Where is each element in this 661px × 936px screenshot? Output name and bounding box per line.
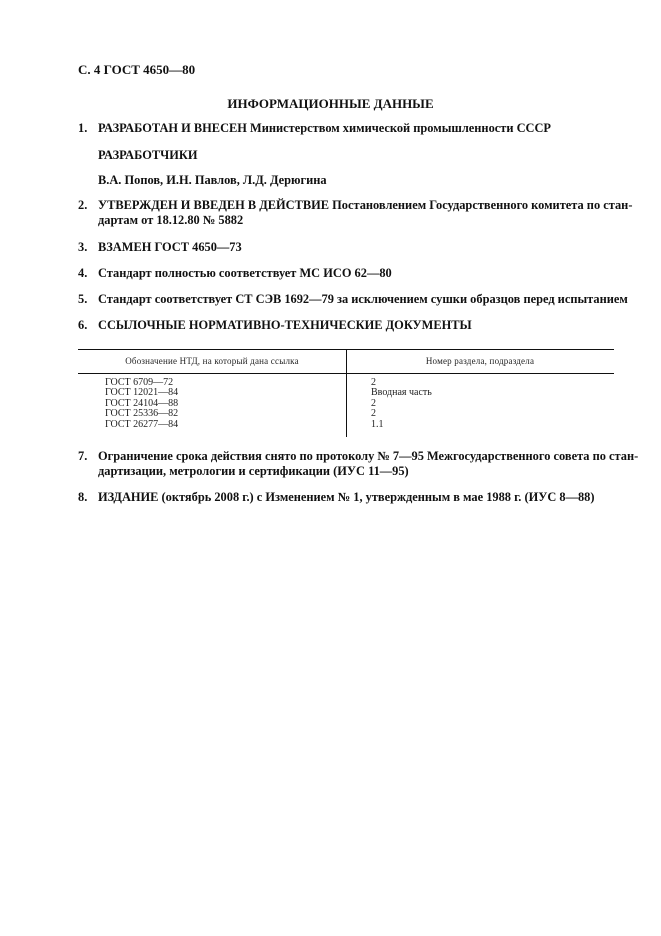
item-text-line1: Постановлением Государственного комитета… bbox=[332, 198, 632, 212]
page-header: С. 4 ГОСТ 4650—80 bbox=[78, 62, 195, 78]
table-cell: ГОСТ 26277—84 bbox=[105, 420, 178, 430]
item-lead: РАЗРАБОТАН И ВНЕСЕН bbox=[98, 121, 247, 135]
table-cell: 2 bbox=[371, 409, 432, 419]
table-cell: 2 bbox=[371, 399, 432, 409]
item-text: ИЗДАНИЕ (октябрь 2008 г.) с Изменением №… bbox=[98, 490, 595, 504]
item-3: 3.ВЗАМЕН ГОСТ 4650—73 bbox=[78, 240, 242, 255]
item-number: 6. bbox=[78, 318, 98, 333]
reference-table: Обозначение НТД, на который дана ссылка … bbox=[78, 349, 614, 437]
item-number: 1. bbox=[78, 121, 98, 136]
table-column-ntd: ГОСТ 6709—72 ГОСТ 12021—84 ГОСТ 24104—88… bbox=[105, 378, 178, 430]
item-2: 2.УТВЕРЖДЕН И ВВЕДЕН В ДЕЙСТВИЕ Постанов… bbox=[78, 198, 632, 228]
item-text: Министерством химической промышленности … bbox=[250, 121, 551, 135]
item-text-line1: Ограничение срока действия снято по прот… bbox=[98, 449, 638, 463]
item-number: 4. bbox=[78, 266, 98, 281]
item-number: 3. bbox=[78, 240, 98, 255]
item-text: Стандарт полностью соответствует МС ИСО … bbox=[98, 266, 392, 280]
section-title: ИНФОРМАЦИОННЫЕ ДАННЫЕ bbox=[0, 96, 661, 112]
developers-names: В.А. Попов, И.Н. Павлов, Л.Д. Дерюгина bbox=[98, 173, 327, 188]
item-8: 8.ИЗДАНИЕ (октябрь 2008 г.) с Изменением… bbox=[78, 490, 595, 505]
developers-label: РАЗРАБОТЧИКИ bbox=[98, 148, 197, 163]
item-4: 4.Стандарт полностью соответствует МС ИС… bbox=[78, 266, 392, 281]
item-text-line2: дартам от 18.12.80 № 5882 bbox=[78, 213, 632, 228]
item-number: 2. bbox=[78, 198, 98, 213]
item-6: 6.ССЫЛОЧНЫЕ НОРМАТИВНО-ТЕХНИЧЕСКИЕ ДОКУМ… bbox=[78, 318, 472, 333]
item-number: 8. bbox=[78, 490, 98, 505]
item-number: 7. bbox=[78, 449, 98, 464]
table-cell: Вводная часть bbox=[371, 388, 432, 398]
item-7: 7.Ограничение срока действия снято по пр… bbox=[78, 449, 638, 479]
item-1: 1.РАЗРАБОТАН И ВНЕСЕН Министерством хими… bbox=[78, 121, 551, 136]
item-text-line2: дартизации, метрологии и сертификации (И… bbox=[78, 464, 638, 479]
table-column-section: 2 Вводная часть 2 2 1.1 bbox=[371, 378, 432, 430]
table-cell: ГОСТ 25336—82 bbox=[105, 409, 178, 419]
table-cell: 1.1 bbox=[371, 420, 432, 430]
item-text: ВЗАМЕН ГОСТ 4650—73 bbox=[98, 240, 242, 254]
item-5: 5.Стандарт соответствует СТ СЭВ 1692—79 … bbox=[78, 292, 628, 307]
item-number: 5. bbox=[78, 292, 98, 307]
table-header-section: Номер раздела, подраздела bbox=[346, 356, 614, 366]
item-text: ССЫЛОЧНЫЕ НОРМАТИВНО-ТЕХНИЧЕСКИЕ ДОКУМЕН… bbox=[98, 318, 472, 332]
item-text: Стандарт соответствует СТ СЭВ 1692—79 за… bbox=[98, 292, 628, 306]
item-lead: УТВЕРЖДЕН И ВВЕДЕН В ДЕЙСТВИЕ bbox=[98, 198, 329, 212]
table-header-border bbox=[78, 373, 614, 374]
table-header-ntd: Обозначение НТД, на который дана ссылка bbox=[78, 356, 346, 366]
